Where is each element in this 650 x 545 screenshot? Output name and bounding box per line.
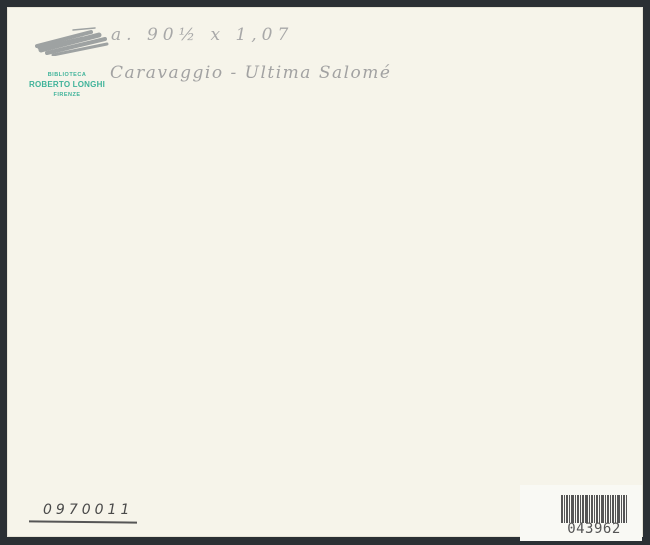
photo-verso-sheet: a. 90½ x 1,07 BIBLIOTECA ROBERTO LONGHI … [7,7,643,537]
stamp-line-3: FIRENZE [22,90,112,100]
pencil-scribble-icon [33,26,109,56]
library-stamp: BIBLIOTECA ROBERTO LONGHI FIRENZE [22,70,112,100]
barcode-icon [561,495,627,523]
measurement-note: a. 90½ x 1,07 [111,25,293,45]
inventory-underline [29,520,137,523]
barcode-number: 043962 [561,521,627,537]
inventory-number: 0970011 [43,502,133,518]
artwork-title-note: Caravaggio - Ultima Salomé [110,63,391,83]
stamp-line-2: ROBERTO LONGHI [22,80,112,90]
stamp-line-1: BIBLIOTECA [22,70,112,80]
